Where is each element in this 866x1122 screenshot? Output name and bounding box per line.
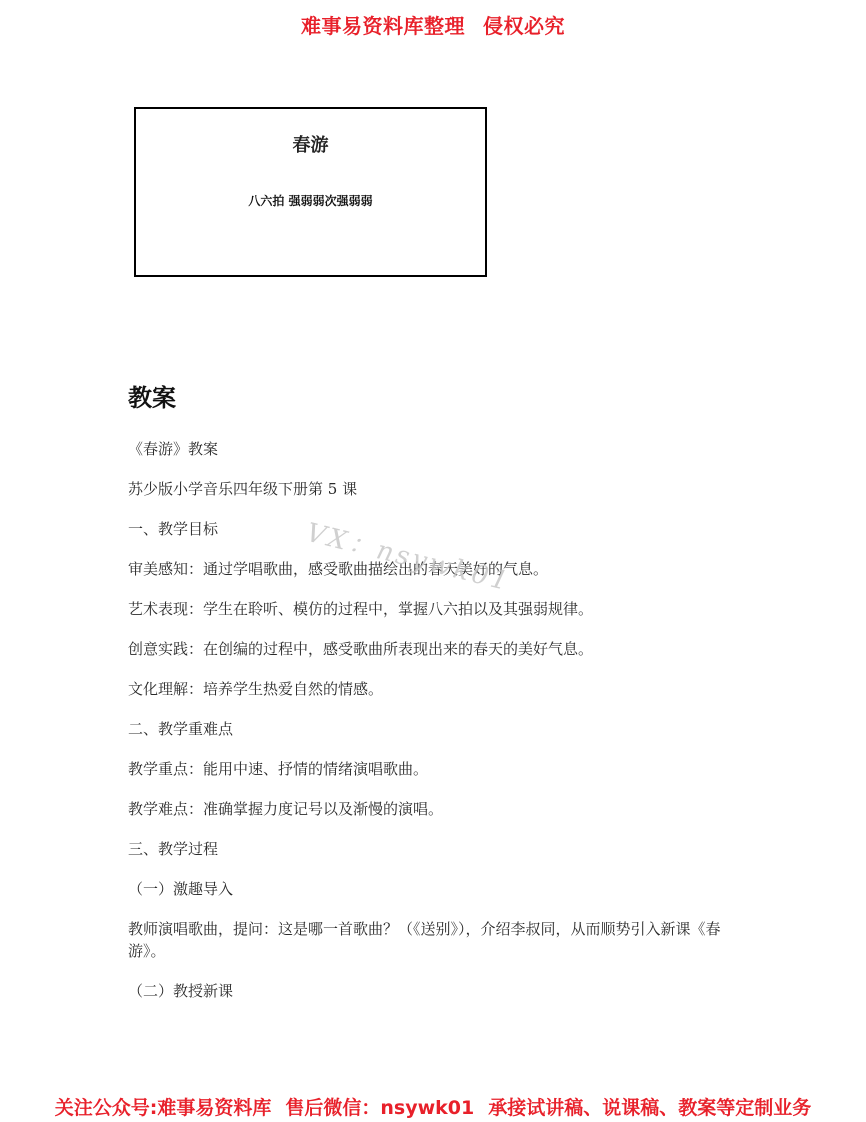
footer-banner: 关注公众号:难事易资料库售后微信：nsywk01承接试讲稿、说课稿、教案等定制业…	[0, 1093, 866, 1120]
header-banner: 难事易资料库整理侵权必究	[0, 10, 866, 39]
section-heading-goals: 一、教学目标	[128, 518, 748, 540]
goal-expression: 艺术表现：学生在聆听、模仿的过程中，掌握八六拍以及其强弱规律。	[128, 598, 748, 620]
difficult-point: 教学难点：准确掌握力度记号以及渐慢的演唱。	[128, 798, 748, 820]
section-heading-process: 三、教学过程	[128, 838, 748, 860]
goal-culture: 文化理解：培养学生热爱自然的情感。	[128, 678, 748, 700]
subsection-new-lesson: （二）教授新课	[128, 980, 748, 1002]
key-point: 教学重点：能用中速、抒情的情绪演唱歌曲。	[128, 758, 748, 780]
footer-service-text: 承接试讲稿、说课稿、教案等定制业务	[488, 1097, 811, 1119]
header-copyright-text: 侵权必究	[483, 14, 565, 38]
lesson-source: 苏少版小学音乐四年级下册第 5 课	[128, 478, 748, 500]
score-meter-text: 八六拍 强弱弱次强弱弱	[136, 192, 485, 209]
document-heading: 教案	[128, 378, 176, 413]
score-image-box: 春游 八六拍 强弱弱次强弱弱	[134, 107, 487, 277]
document-body: 《春游》教案 苏少版小学音乐四年级下册第 5 课 一、教学目标 审美感知：通过学…	[128, 438, 748, 1020]
intro-description: 教师演唱歌曲，提问：这是哪一首歌曲？（《送别》），介绍李叔同，从而顺势引入新课《…	[128, 918, 748, 962]
section-heading-key-points: 二、教学重难点	[128, 718, 748, 740]
goal-creative: 创意实践：在创编的过程中，感受歌曲所表现出来的春天的美好气息。	[128, 638, 748, 660]
header-source-text: 难事易资料库整理	[301, 14, 465, 38]
footer-wechat-text: 售后微信：nsywk01	[285, 1097, 474, 1119]
goal-aesthetic: 审美感知：通过学唱歌曲，感受歌曲描绘出的春天美好的气息。	[128, 558, 748, 580]
lesson-title: 《春游》教案	[128, 438, 748, 460]
footer-account-text: 关注公众号:难事易资料库	[55, 1097, 272, 1119]
subsection-intro: （一）激趣导入	[128, 878, 748, 900]
score-title: 春游	[136, 131, 485, 157]
